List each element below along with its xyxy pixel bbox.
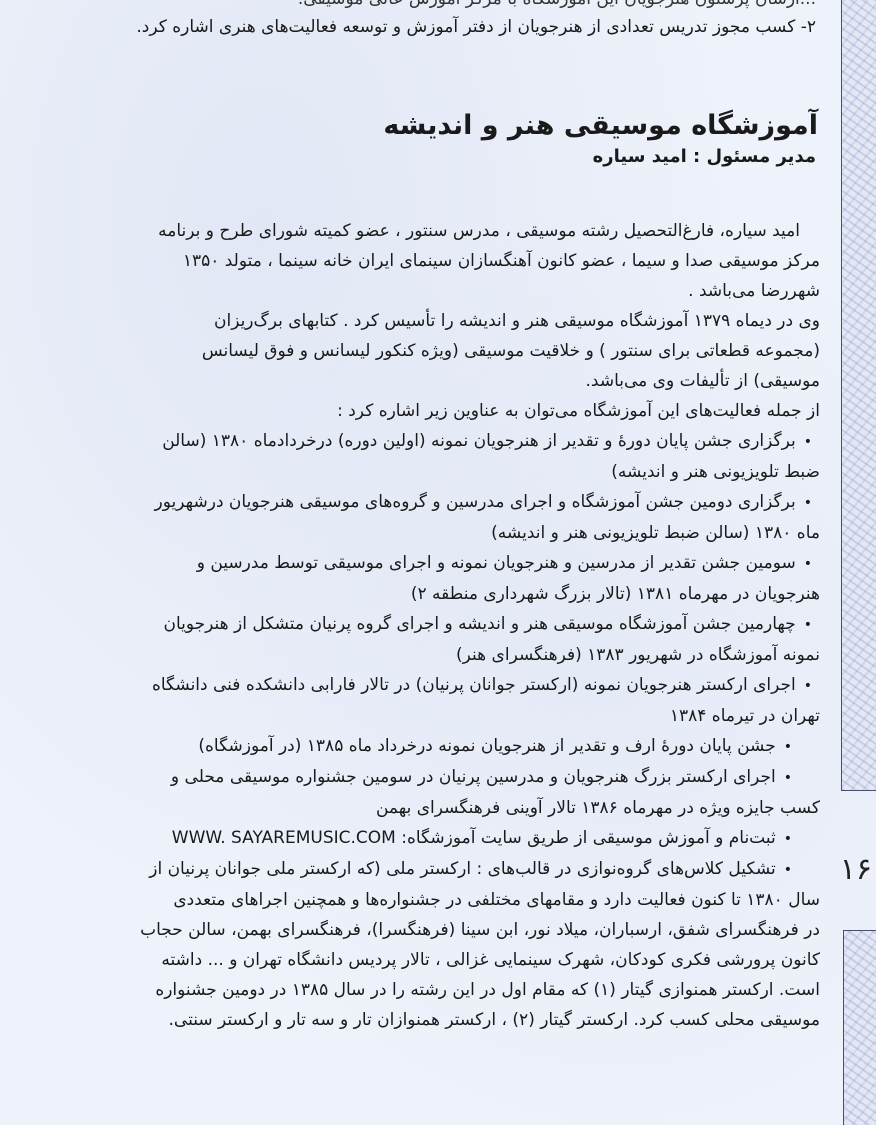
decorative-margin-pattern-top <box>841 0 876 791</box>
bullet-icon: • <box>784 763 792 793</box>
founding-paragraph: وی در دیماه ۱۳۷۹ آموزشگاه موسیقی هنر و ا… <box>72 306 820 426</box>
bullet-icon: • <box>784 824 792 854</box>
bullet-icon: • <box>804 610 812 640</box>
text-line: مرکز موسیقی صدا و سیما ، عضو کانون آهنگس… <box>72 246 820 276</box>
text-line: از جمله فعالیت‌های این آموزشگاه می‌توان … <box>72 396 820 426</box>
bullet-icon: • <box>804 671 812 701</box>
text-line: ضبط تلویزیونی هنر و اندیشه) <box>72 457 820 487</box>
bullet-icon: • <box>784 732 792 762</box>
text-line: است. ارکستر همنوازی گیتار (۱) که مقام او… <box>72 975 820 1005</box>
text-line: در فرهنگسرای شفق، ارسباران، میلاد نور، ا… <box>72 915 820 945</box>
text-line: ماه ۱۳۸۰ (سالن ضبط تلویزیونی هنر و اندیش… <box>72 518 820 548</box>
text-line: •اجرای ارکستر بزرگ هنرجویان و مدرسین پرن… <box>72 762 820 793</box>
previous-section-last-line: ۲- کسب مجوز تدریس تعدادی از هنرجویان از … <box>136 12 816 42</box>
text-line: کانون پرورشی فکری کودکان، شهرک سینمایی غ… <box>72 945 820 975</box>
activity-item-website: •ثبت‌نام و آموزش موسیقی از طریق سایت آمو… <box>72 823 820 854</box>
text-line: •برگزاری دومین جشن آموزشگاه و اجرای مدرس… <box>72 487 820 518</box>
bullet-icon: • <box>804 427 812 457</box>
text-line: موسیقی محلی کسب کرد. ارکستر گیتار (۲) ، … <box>72 1005 820 1035</box>
activity-item: •تشکیل کلاس‌های گروه‌نوازی در قالب‌های :… <box>72 854 820 1035</box>
activity-item: •سومین جشن تقدیر از مدرسین و هنرجویان نم… <box>72 548 820 609</box>
section-subtitle-manager: مدیر مسئول : امید سیاره <box>593 146 816 167</box>
text-line: هنرجویان در مهرماه ۱۳۸۱ (تالار بزرگ شهرد… <box>72 579 820 609</box>
activity-item: •جشن پایان دورهٔ ارف و تقدیر از هنرجویان… <box>72 731 820 762</box>
text-line: •چهارمین جشن آموزشگاه موسیقی هنر و اندیش… <box>72 609 820 640</box>
bullet-icon: • <box>804 488 812 518</box>
website-text: ثبت‌نام و آموزش موسیقی از طریق سایت آموز… <box>172 828 776 848</box>
activity-item: •چهارمین جشن آموزشگاه موسیقی هنر و اندیش… <box>72 609 820 670</box>
text-line: تهران در تیرماه ۱۳۸۴ <box>72 701 820 731</box>
text-line: (مجموعه قطعاتی برای سنتور ) و خلاقیت موس… <box>72 336 820 366</box>
text-line: •جشن پایان دورهٔ ارف و تقدیر از هنرجویان… <box>72 731 820 762</box>
intro-paragraph: امید سیاره، فارغ‌التحصیل رشته موسیقی ، م… <box>72 216 820 306</box>
document-page: ...ارشان پرستون هنرجویان این آموزشگاه با… <box>0 0 876 1125</box>
activity-item: •برگزاری دومین جشن آموزشگاه و اجرای مدرس… <box>72 487 820 548</box>
text-line: سال ۱۳۸۰ تا کنون فعالیت دارد و مقامهای م… <box>72 885 820 915</box>
activity-item: •اجرای ارکستر هنرجویان نمونه (ارکستر جوا… <box>72 670 820 731</box>
text-line: •برگزاری جشن پایان دورهٔ و تقدیر از هنرج… <box>72 426 820 457</box>
decorative-margin-pattern-bottom <box>843 930 876 1125</box>
activity-item: •برگزاری جشن پایان دورهٔ و تقدیر از هنرج… <box>72 426 820 487</box>
bullet-icon: • <box>784 855 792 885</box>
text-line: نمونه آموزشگاه در شهریور ۱۳۸۳ (فرهنگسرای… <box>72 640 820 670</box>
page-number: ۱۶ <box>840 852 872 887</box>
text-line: شهررضا می‌باشد . <box>72 276 820 306</box>
bullet-icon: • <box>804 549 812 579</box>
text-line: •سومین جشن تقدیر از مدرسین و هنرجویان نم… <box>72 548 820 579</box>
text-line: موسیقی) از تألیفات وی می‌باشد. <box>72 366 820 396</box>
body-text: امید سیاره، فارغ‌التحصیل رشته موسیقی ، م… <box>72 216 820 1035</box>
text-line: امید سیاره، فارغ‌التحصیل رشته موسیقی ، م… <box>72 216 820 246</box>
section-title: آموزشگاه موسیقی هنر و اندیشه <box>383 110 818 141</box>
text-line: کسب جایزه ویژه در مهرماه ۱۳۸۶ تالار آوین… <box>72 793 820 823</box>
text-line: •اجرای ارکستر هنرجویان نمونه (ارکستر جوا… <box>72 670 820 701</box>
text-line: •تشکیل کلاس‌های گروه‌نوازی در قالب‌های :… <box>72 854 820 885</box>
activity-item: •اجرای ارکستر بزرگ هنرجویان و مدرسین پرن… <box>72 762 820 823</box>
text-line: •ثبت‌نام و آموزش موسیقی از طریق سایت آمو… <box>72 823 820 854</box>
text-line: وی در دیماه ۱۳۷۹ آموزشگاه موسیقی هنر و ا… <box>72 306 820 336</box>
